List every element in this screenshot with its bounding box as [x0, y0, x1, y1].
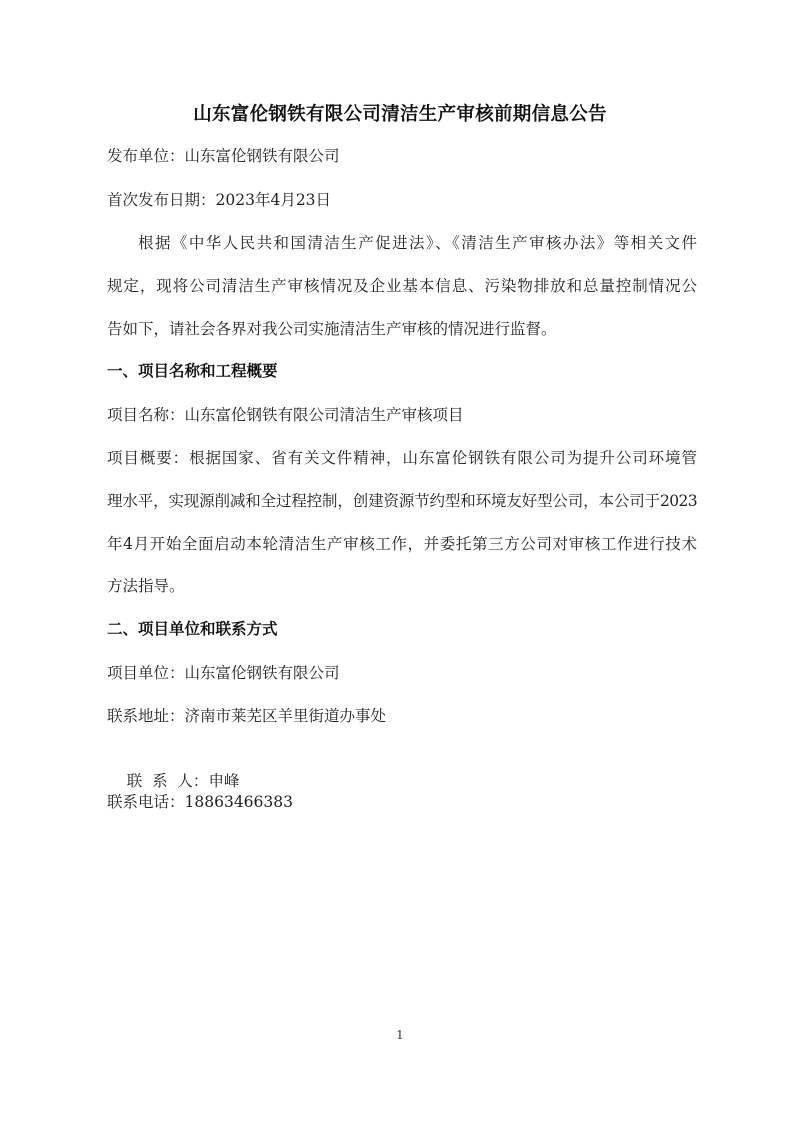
project-name-label: 项目名称：	[107, 406, 185, 424]
address-value: 济南市莱芜区羊里街道办事处	[185, 707, 387, 725]
page-number: 1	[0, 1028, 800, 1042]
intro-paragraph-line-2: 规定，现将公司清洁生产审核情况及企业基本信息、污染物排放和总量控制情况公	[107, 275, 697, 297]
phone-label: 联系电话：	[107, 793, 185, 811]
project-unit-label: 项目单位：	[107, 664, 185, 682]
publish-date-value: 2023年4月23日	[216, 191, 332, 209]
document-title: 山东富伦钢铁有限公司清洁生产审核前期信息公告	[0, 100, 800, 126]
publisher-value: 山东富伦钢铁有限公司	[185, 147, 340, 165]
phone-line: 联系电话：18863466383	[107, 791, 697, 813]
document-page: 山东富伦钢铁有限公司清洁生产审核前期信息公告 发布单位：山东富伦钢铁有限公司 首…	[0, 0, 800, 1131]
overview-line-3: 年4月开始全面启动本轮清洁生产审核工作，并委托第三方公司对审核工作进行技术	[107, 533, 697, 555]
section-heading-1: 一、项目名称和工程概要	[107, 360, 278, 382]
publisher-label: 发布单位：	[107, 147, 185, 165]
publish-date-line: 首次发布日期：2023年4月23日	[107, 189, 697, 211]
project-name-line: 项目名称：山东富伦钢铁有限公司清洁生产审核项目	[107, 404, 697, 426]
address-line: 联系地址：济南市莱芜区羊里街道办事处	[107, 705, 697, 727]
overview-line-1: 项目概要：根据国家、省有关文件精神，山东富伦钢铁有限公司为提升公司环境管	[107, 447, 697, 469]
project-name-value: 山东富伦钢铁有限公司清洁生产审核项目	[185, 406, 464, 424]
project-unit-value: 山东富伦钢铁有限公司	[185, 664, 340, 682]
intro-paragraph-line-3: 告如下，请社会各界对我公司实施清洁生产审核的情况进行监督。	[107, 318, 697, 340]
address-label: 联系地址：	[107, 707, 185, 725]
overview-line-4: 方法指导。	[107, 575, 697, 597]
intro-paragraph-line-1: 根据《中华人民共和国清洁生产促进法》、《清洁生产审核办法》等相关文件	[138, 232, 697, 254]
project-unit-line: 项目单位：山东富伦钢铁有限公司	[107, 662, 697, 684]
contact-value: 申峰	[208, 772, 239, 790]
contact-label: 联 系 人：	[127, 772, 209, 790]
overview-line-2: 理水平，实现源削减和全过程控制，创建资源节约型和环境友好型公司，本公司于2023	[107, 490, 697, 512]
section-heading-2: 二、项目单位和联系方式	[107, 618, 278, 640]
phone-value: 18863466383	[185, 793, 293, 811]
publisher-line: 发布单位：山东富伦钢铁有限公司	[107, 145, 697, 167]
publish-date-label: 首次发布日期：	[107, 191, 216, 209]
